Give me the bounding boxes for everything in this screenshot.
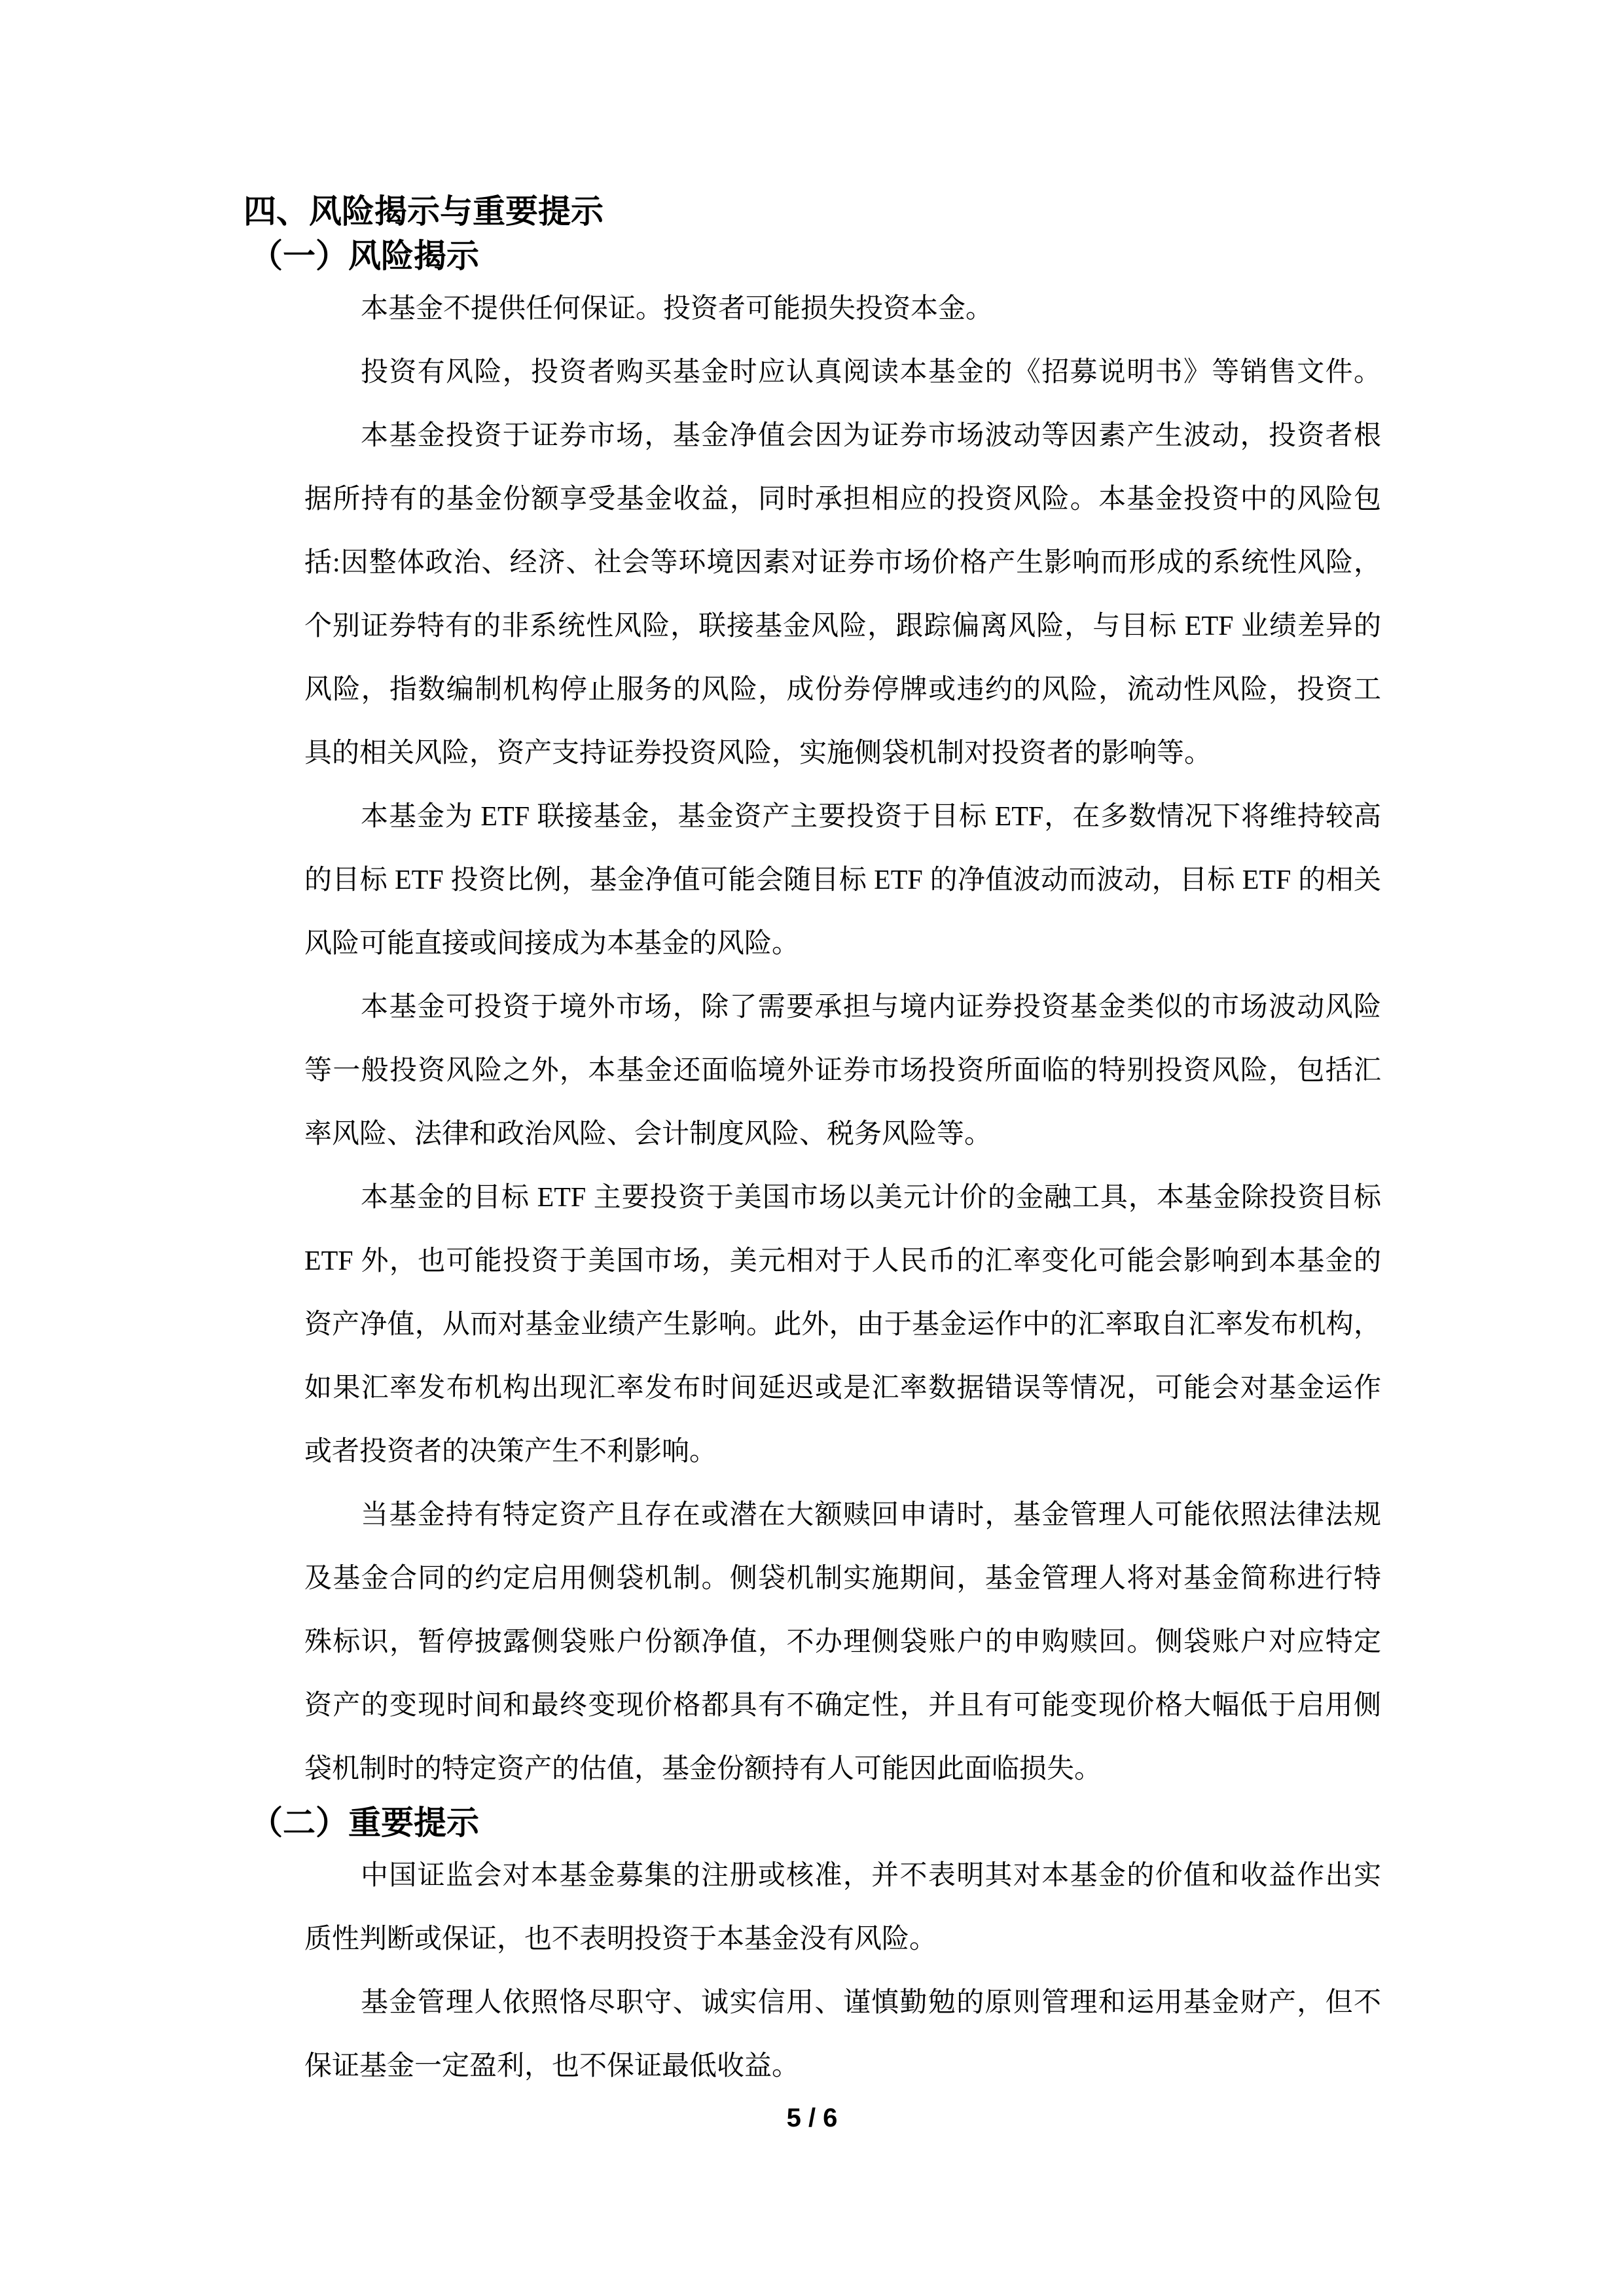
- paragraph-line: 风险，指数编制机构停止服务的风险，成份券停牌或违约的风险，流动性风险，投资工: [304, 658, 1381, 722]
- paragraph-line: 袋机制时的特定资产的估值，基金份额持有人可能因此面临损失。: [304, 1738, 1381, 1801]
- paragraph-line: 风险可能直接或间接成为本基金的风险。: [304, 912, 1381, 976]
- paragraph-line: 及基金合同的约定启用侧袋机制。侧袋机制实施期间，基金管理人将对基金简称进行特: [304, 1547, 1381, 1611]
- paragraph-line: 本基金投资于证券市场，基金净值会因为证券市场波动等因素产生波动，投资者根: [304, 404, 1381, 468]
- paragraph-line: ETF 外，也可能投资于美国市场，美元相对于人民币的汇率变化可能会影响到本基金的: [304, 1230, 1381, 1293]
- paragraph-line: 如果汇率发布机构出现汇率发布时间延迟或是汇率数据错误等情况，可能会对基金运作: [304, 1357, 1381, 1420]
- paragraph-line: 本基金可投资于境外市场，除了需要承担与境内证券投资基金类似的市场波动风险: [304, 976, 1381, 1039]
- section-heading-main: 四、风险揭示与重要提示: [244, 188, 1624, 234]
- paragraph-line: 质性判断或保证，也不表明投资于本基金没有风险。: [304, 1908, 1381, 1971]
- paragraph-line: 具的相关风险，资产支持证券投资风险，实施侧袋机制对投资者的影响等。: [304, 722, 1381, 785]
- paragraph-line: 投资有风险，投资者购买基金时应认真阅读本基金的《招募说明书》等销售文件。: [304, 341, 1381, 404]
- paragraph-line: 的目标 ETF 投资比例，基金净值可能会随目标 ETF 的净值波动而波动，目标 …: [304, 849, 1381, 912]
- subsection-heading-important-notes: （二）重要提示: [250, 1801, 1624, 1844]
- paragraph-line: 等一般投资风险之外，本基金还面临境外证券市场投资所面临的特别投资风险，包括汇: [304, 1039, 1381, 1103]
- paragraph-line: 中国证监会对本基金募集的注册或核准，并不表明其对本基金的价值和收益作出实: [304, 1844, 1381, 1908]
- page-number: 5 / 6: [0, 2098, 1624, 2138]
- paragraph-line: 个别证券特有的非系统性风险，联接基金风险，跟踪偏离风险，与目标 ETF 业绩差异…: [304, 595, 1381, 658]
- paragraph-line: 据所持有的基金份额享受基金收益，同时承担相应的投资风险。本基金投资中的风险包: [304, 468, 1381, 531]
- paragraph-line: 率风险、法律和政治风险、会计制度风险、税务风险等。: [304, 1103, 1381, 1166]
- paragraph-line: 当基金持有特定资产且存在或潜在大额赎回申请时，基金管理人可能依照法律法规: [304, 1484, 1381, 1547]
- paragraph-line: 基金管理人依照恪尽职守、诚实信用、谨慎勤勉的原则管理和运用基金财产，但不: [304, 1971, 1381, 2035]
- paragraph-line: 资产净值，从而对基金业绩产生影响。此外，由于基金运作中的汇率取自汇率发布机构，: [304, 1293, 1381, 1357]
- paragraph-line: 或者投资者的决策产生不利影响。: [304, 1420, 1381, 1484]
- paragraph-line: 括:因整体政治、经济、社会等环境因素对证券市场价格产生影响而形成的系统性风险，: [304, 531, 1381, 595]
- document-page: 四、风险揭示与重要提示 （一）风险揭示 本基金不提供任何保证。投资者可能损失投资…: [0, 0, 1624, 2296]
- subsection-heading-risk-disclosure: （一）风险揭示: [250, 234, 1624, 278]
- paragraph-line: 本基金的目标 ETF 主要投资于美国市场以美元计价的金融工具，本基金除投资目标: [304, 1166, 1381, 1230]
- paragraph-line: 本基金为 ETF 联接基金，基金资产主要投资于目标 ETF，在多数情况下将维持较…: [304, 785, 1381, 849]
- paragraph-line: 殊标识，暂停披露侧袋账户份额净值，不办理侧袋账户的申购赎回。侧袋账户对应特定: [304, 1611, 1381, 1674]
- paragraph-line: 保证基金一定盈利，也不保证最低收益。: [304, 2035, 1381, 2098]
- paragraph-line: 资产的变现时间和最终变现价格都具有不确定性，并且有可能变现价格大幅低于启用侧: [304, 1674, 1381, 1738]
- paragraph-line: 本基金不提供任何保证。投资者可能损失投资本金。: [304, 278, 1381, 341]
